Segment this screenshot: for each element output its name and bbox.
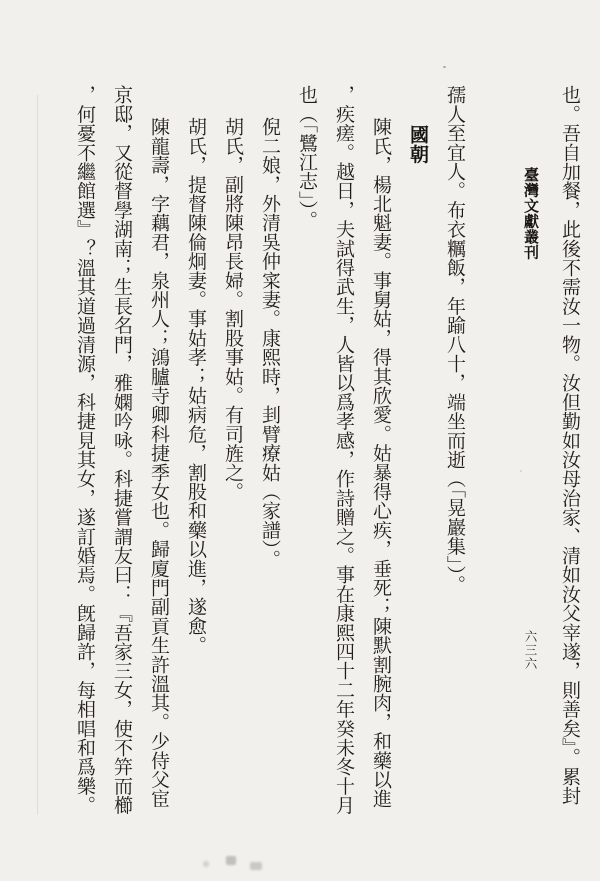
scan-speck bbox=[166, 472, 168, 474]
text-column: 倪二娘，外清吳仲寀妻。康熙時，刲臂療姑（家譜）。 bbox=[251, 85, 288, 830]
scan-smudge bbox=[226, 856, 236, 865]
scan-speck bbox=[87, 356, 89, 358]
scanned-book-page: 也。吾自加餐，此後不需汝一物。汝但勤如汝母治家、清如汝父宰遂，則善矣』。累封 臺… bbox=[0, 0, 600, 881]
running-title: 臺灣文獻叢刊 bbox=[518, 167, 542, 260]
page-number: 六三六 bbox=[522, 630, 537, 671]
scan-speck bbox=[520, 470, 522, 472]
page-fold-line bbox=[37, 95, 38, 815]
scan-speck bbox=[443, 66, 446, 68]
scan-smudge bbox=[250, 862, 262, 870]
page-gutter: 臺灣文獻叢刊 六三六 bbox=[473, 85, 551, 830]
text-column: 陳龍壽，字藕君，泉州人；鴻臚寺卿科捷季女也。歸廈門副貢生許溫其。少侍父宦 bbox=[140, 85, 177, 830]
text-column: 京邸，又從督學湖南；生長名門，雅嫻吟咏。科捷嘗謂友曰：『吾家三女，使不笄而櫛 bbox=[103, 85, 140, 830]
text-column: 孺人至宜人。布衣糲飯，年踰八十，端坐而逝（「晃巖集」）。 bbox=[436, 85, 473, 830]
text-column: ，疾瘥。越日，夫試得武生，人皆以爲孝感，作詩贈之。事在康熙四十二年癸未冬十月 bbox=[325, 85, 362, 830]
scan-smudge bbox=[203, 861, 209, 867]
text-column: 胡氏，提督陳倫炯妻。事姑孝；姑病危，割股和藥以進，遂愈。 bbox=[177, 85, 214, 830]
text-column: ，何憂不繼館選』？溫其道過清源，科捷見其女，遂訂婚焉。旣歸許，每相唱和爲樂。 bbox=[66, 85, 103, 830]
text-column: 陳氏，楊北魁妻。事舅姑，得其欣愛。姑暴得心疾，垂死；陳默割腕肉，和藥以進 bbox=[362, 85, 399, 830]
text-column: 胡氏，副將陳昂長婦。割股事姑。有司旌之。 bbox=[214, 85, 251, 830]
section-heading: 國朝 bbox=[399, 85, 436, 830]
text-block: 也。吾自加餐，此後不需汝一物。汝但勤如汝母治家、清如汝父宰遂，則善矣』。累封 臺… bbox=[66, 85, 588, 830]
text-column: 也（「鷺江志」）。 bbox=[288, 85, 325, 830]
text-column-overflow: 也。吾自加餐，此後不需汝一物。汝但勤如汝母治家、清如汝父宰遂，則善矣』。累封 bbox=[551, 85, 588, 830]
